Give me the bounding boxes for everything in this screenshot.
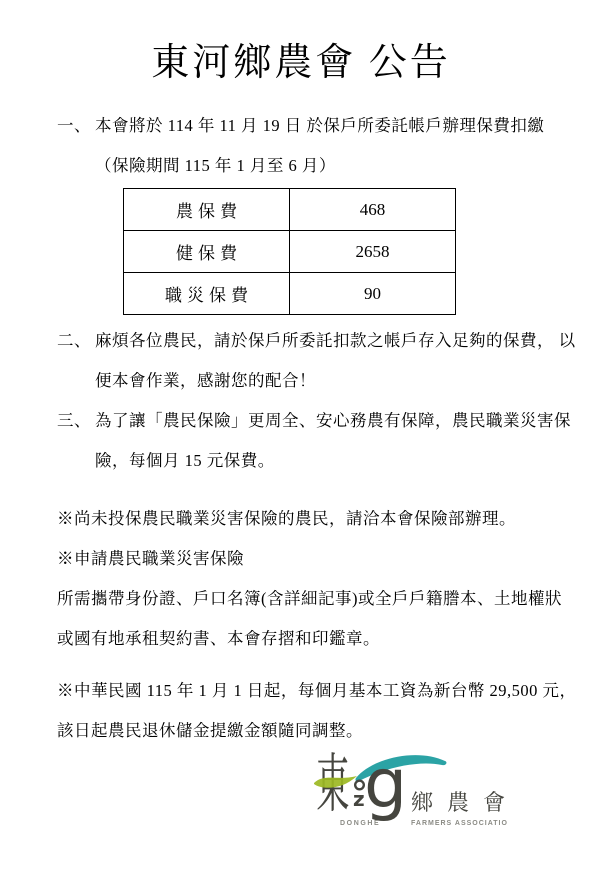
- item1-line1: 一、 本會將於 114 年 11 月 19 日 於保戶所委託帳戶辦理保費扣繳: [57, 104, 545, 144]
- item2-line2: 便本會作業，感謝您的配合！: [57, 359, 545, 399]
- logo-letter-g: g: [364, 750, 407, 824]
- note-uninsured: ※尚未投保農民職業災害保險的農民，請洽本會保險部辦理。: [57, 497, 545, 537]
- item1-line2: （保險期間 115 年 1 月至 6 月）: [57, 144, 545, 184]
- logo-cn-suffix: 鄉農會: [411, 790, 508, 815]
- table-row: 農保費 468: [124, 189, 456, 231]
- item3-text2: 險，每個月 15 元保費。: [95, 447, 275, 471]
- item3-line1: 三、 為了讓「農民保險」更周全、安心務農有保障，農民職業災害保: [57, 399, 545, 439]
- note-documents-line1: 所需攜帶身份證、戶口名簿(含詳細記事)或全戶戶籍謄本、土地權狀: [57, 577, 545, 617]
- logo-en-donghe: DONGHE: [340, 820, 380, 827]
- item2-text2: 便本會作業，感謝您的配合！: [95, 367, 316, 391]
- item2-text1: 麻煩各位農民，請於保戶所委託扣款之帳戶存入足夠的保費， 以: [95, 327, 576, 351]
- note-wage-line1: ※中華民國 115 年 1 月 1 日起，每個月基本工資為新台幣 29,500 …: [57, 669, 545, 709]
- fee-value-cell: 90: [290, 273, 456, 315]
- note-documents-line2: 或國有地承租契約書、本會存摺和印鑑章。: [57, 617, 545, 657]
- item3-line2: 險，每個月 15 元保費。: [57, 439, 545, 479]
- logo-en-farmers-association: FARMERS ASSOCIATION: [411, 820, 508, 827]
- table-row: 健保費 2658: [124, 231, 456, 273]
- item1-text2: （保險期間 115 年 1 月至 6 月）: [95, 152, 336, 176]
- note-wage-line2: 該日起農民退休儲金提繳金額隨同調整。: [57, 709, 545, 749]
- item1-marker: 一、: [57, 112, 95, 136]
- fee-label-cell: 農保費: [124, 189, 290, 231]
- fee-value-cell: 2658: [290, 231, 456, 273]
- note3-text2: 或國有地承租契約書、本會存摺和印鑑章。: [57, 625, 380, 649]
- note3-text1: 所需攜帶身份證、戶口名簿(含詳細記事)或全戶戶籍謄本、土地權狀: [57, 585, 562, 609]
- item2-marker: 二、: [57, 327, 95, 351]
- note-apply: ※申請農民職業災害保險: [57, 537, 545, 577]
- fee-value-cell: 468: [290, 189, 456, 231]
- item1-text1: 本會將於 114 年 11 月 19 日 於保戶所委託帳戶辦理保費扣繳: [95, 112, 544, 136]
- note4-text2: 該日起農民退休儲金提繳金額隨同調整。: [57, 717, 363, 741]
- announcement-page: 東河鄉農會 公告 一、 本會將於 114 年 11 月 19 日 於保戶所委託帳…: [0, 0, 602, 871]
- fee-label-cell: 職災保費: [124, 273, 290, 315]
- fee-table: 農保費 468 健保費 2658 職災保費 90: [123, 188, 456, 315]
- item2-line1: 二、 麻煩各位農民，請於保戶所委託扣款之帳戶存入足夠的保費， 以: [57, 319, 545, 359]
- note1-text: ※尚未投保農民職業災害保險的農民，請洽本會保險部辦理。: [57, 505, 516, 529]
- page-title: 東河鄉農會 公告: [57, 36, 545, 90]
- document-body: 東河鄉農會 公告 一、 本會將於 114 年 11 月 19 日 於保戶所委託帳…: [0, 36, 602, 749]
- logo-letter-z: z: [353, 787, 365, 811]
- item3-marker: 三、: [57, 407, 95, 431]
- note4-text1: ※中華民國 115 年 1 月 1 日起，每個月基本工資為新台幣 29,500 …: [57, 677, 577, 701]
- donghe-farmers-association-logo: 東 z g 鄉農會 DONGHE FARMERS ASSOCIATION: [312, 750, 508, 840]
- note2-text: ※申請農民職業災害保險: [57, 545, 244, 569]
- fee-label-cell: 健保費: [124, 231, 290, 273]
- table-row: 職災保費 90: [124, 273, 456, 315]
- item3-text1: 為了讓「農民保險」更周全、安心務農有保障，農民職業災害保: [95, 407, 571, 431]
